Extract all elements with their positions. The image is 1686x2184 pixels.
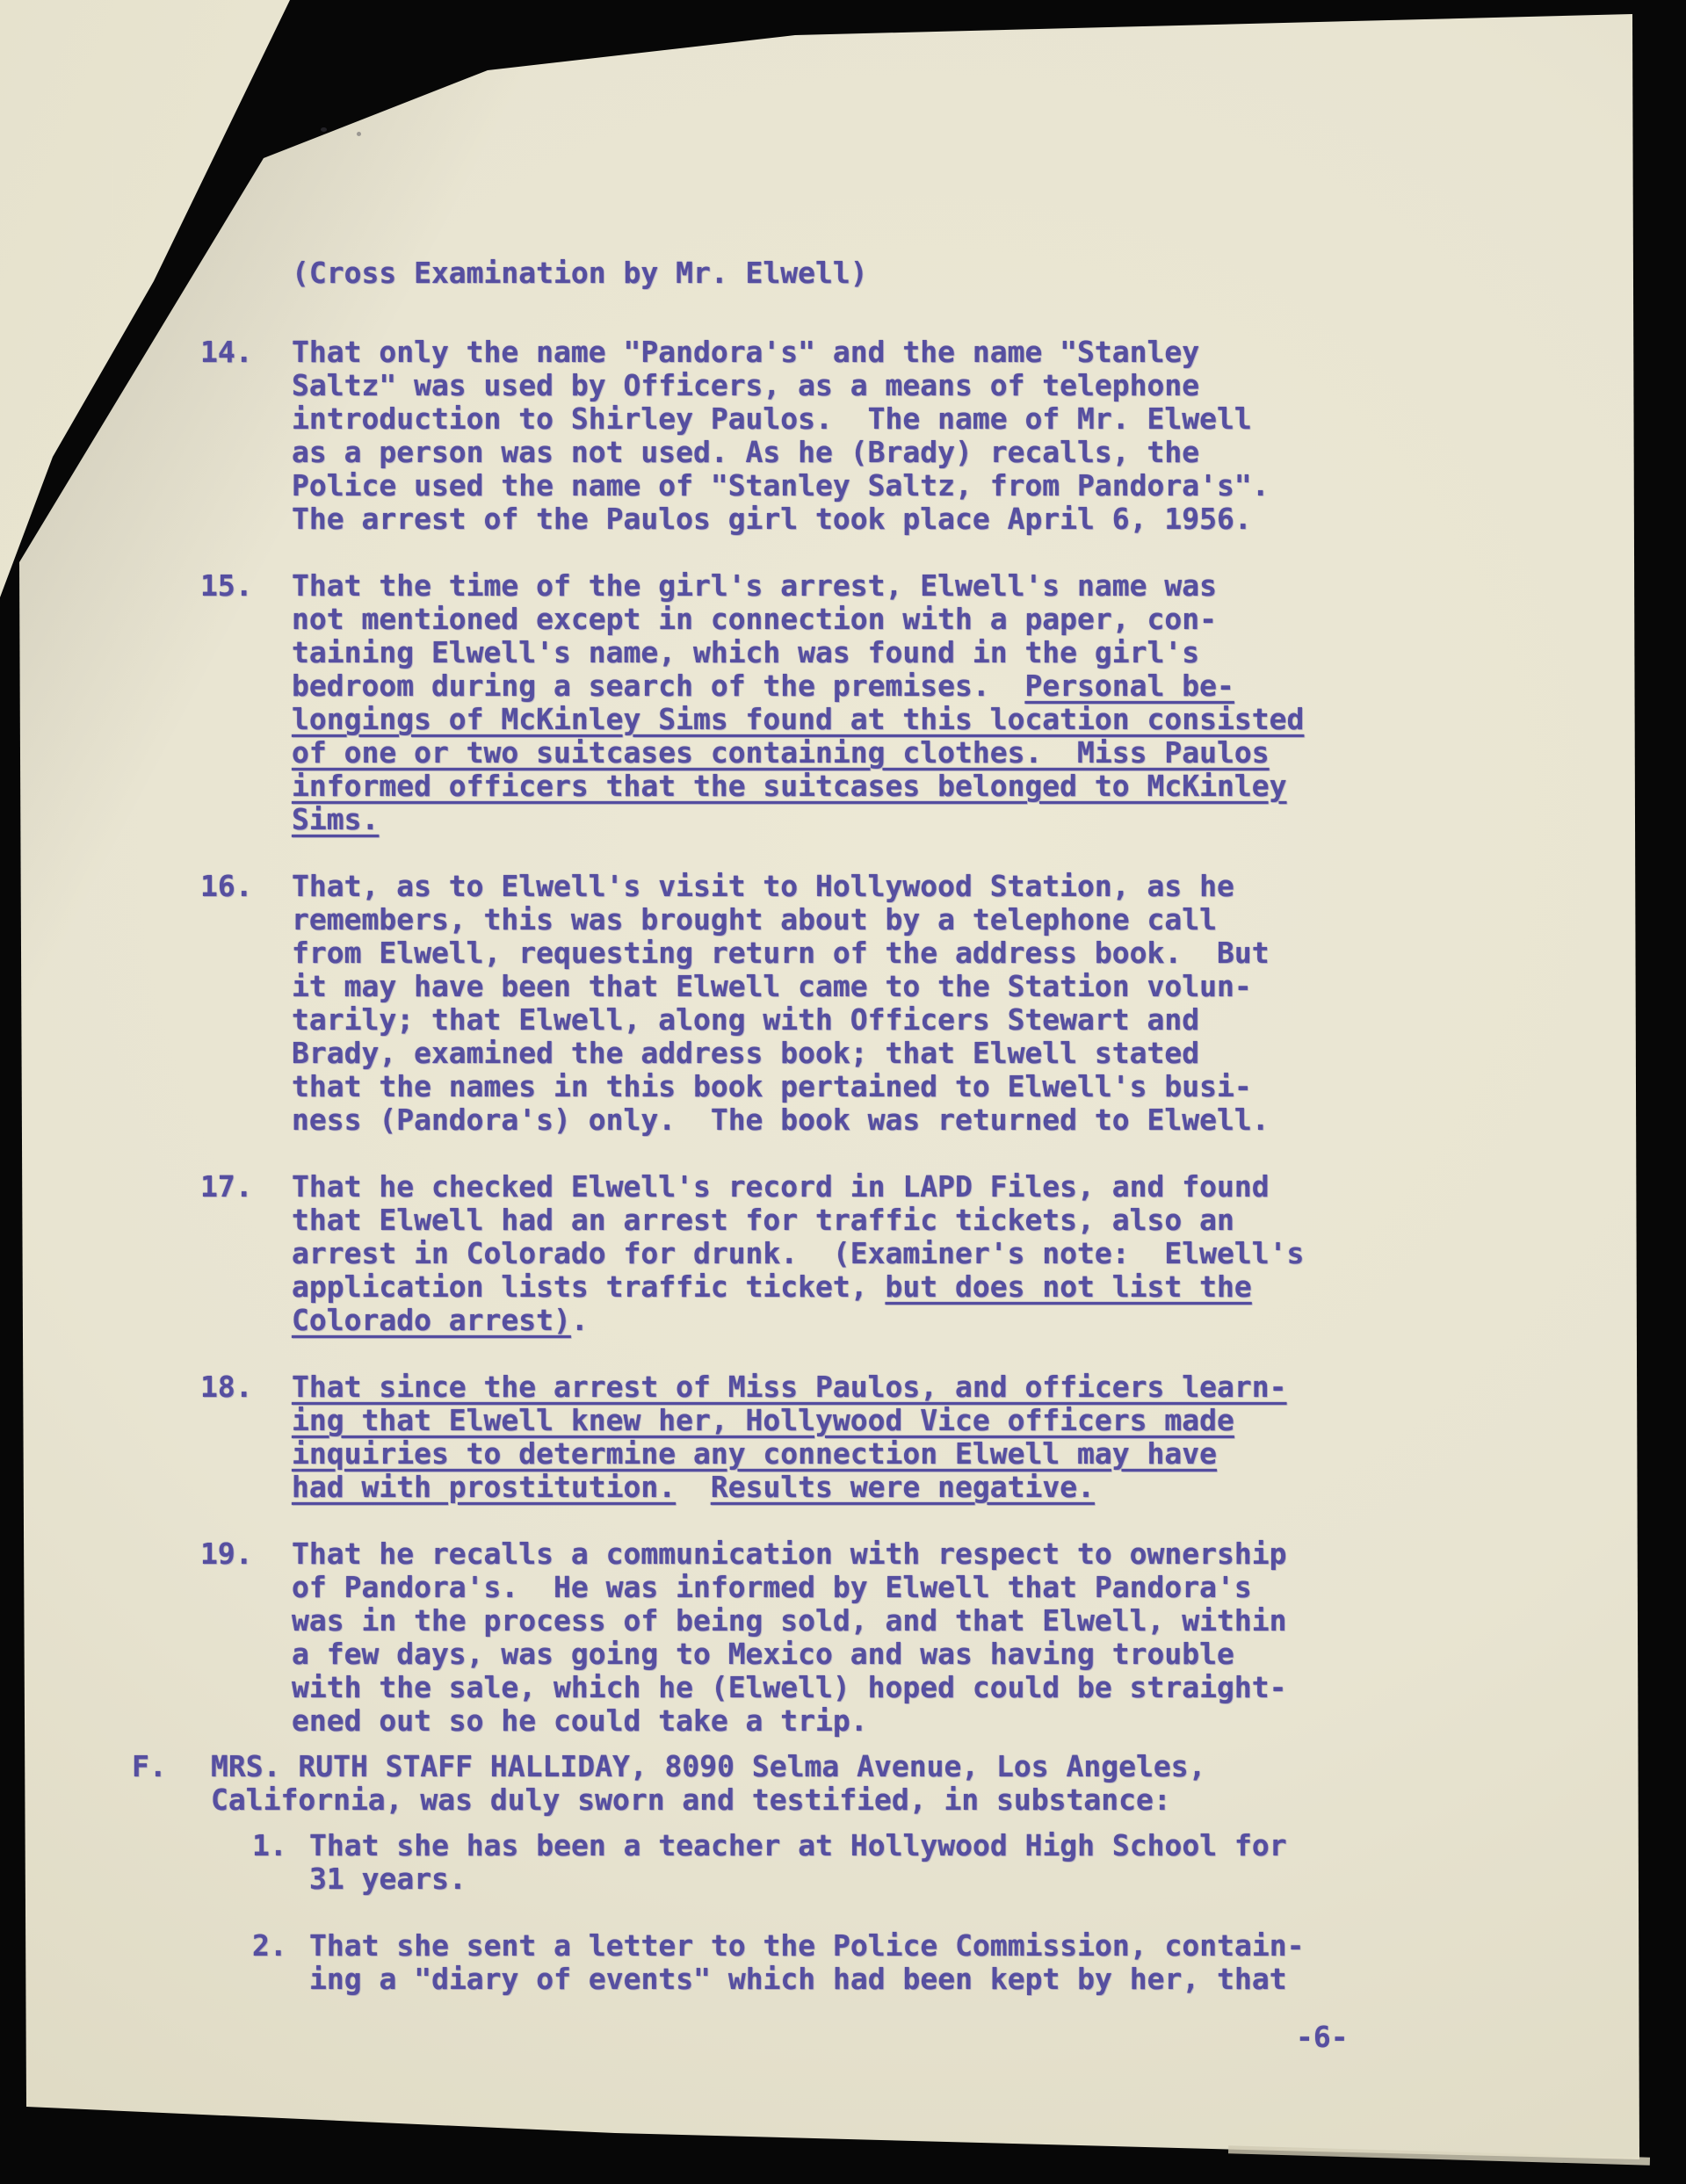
typed-text: 31 years.	[309, 1862, 467, 1896]
typed-text: Brady, examined the address book; that E…	[292, 1036, 1199, 1070]
typed-line: that the names in this book pertained to…	[292, 1070, 1270, 1103]
section-f: F.MRS. RUTH STAFF HALLIDAY, 8090 Selma A…	[200, 1750, 1404, 1996]
typed-line: The arrest of the Paulos girl took place…	[292, 503, 1270, 536]
typed-text: That he checked Elwell's record in LAPD …	[292, 1169, 1270, 1204]
testimony-item: 15.That the time of the girl's arrest, E…	[200, 569, 1404, 836]
underlined-text: informed officers that the suitcases bel…	[292, 769, 1286, 803]
item-number: 15.	[200, 569, 292, 836]
typed-line: That she has been a teacher at Hollywood…	[309, 1829, 1287, 1862]
typed-text: That he recalls a communication with res…	[292, 1537, 1286, 1571]
typed-line: as a person was not used. As he (Brady) …	[292, 436, 1270, 469]
typed-line: tarily; that Elwell, along with Officers…	[292, 1003, 1270, 1037]
typed-line: taining Elwell's name, which was found i…	[292, 636, 1304, 669]
typed-line: with the sale, which he (Elwell) hoped c…	[292, 1671, 1286, 1704]
underlined-text: had with prostitution.	[292, 1470, 676, 1504]
typed-text: That only the name "Pandora's" and the n…	[292, 335, 1199, 369]
typed-text: that the names in this book pertained to…	[292, 1069, 1252, 1103]
typed-text: not mentioned except in connection with …	[292, 602, 1217, 636]
typed-line: California, was duly sworn and testified…	[211, 1783, 1205, 1817]
typed-text: as a person was not used. As he (Brady) …	[292, 435, 1199, 469]
typed-line: That since the arrest of Miss Paulos, an…	[292, 1370, 1286, 1404]
typed-line: of Pandora's. He was informed by Elwell …	[292, 1571, 1286, 1604]
typed-text: ened out so he could take a trip.	[292, 1703, 868, 1738]
testimony-item: 19.That he recalls a communication with …	[200, 1537, 1404, 1738]
testimony-item: 18.That since the arrest of Miss Paulos,…	[200, 1370, 1404, 1504]
typed-text: with the sale, which he (Elwell) hoped c…	[292, 1670, 1286, 1704]
underlined-text: inquiries to determine any connection El…	[292, 1436, 1217, 1471]
item-body: That the time of the girl's arrest, Elwe…	[292, 569, 1304, 836]
typed-text: The arrest of the Paulos girl took place…	[292, 502, 1252, 536]
typed-line: That, as to Elwell's visit to Hollywood …	[292, 870, 1270, 903]
item-number: 2.	[252, 1929, 309, 1996]
typed-text: bedroom during a search of the premises.	[292, 669, 1024, 703]
typed-text: of Pandora's. He was informed by Elwell …	[292, 1570, 1252, 1604]
typed-line: longings of McKinley Sims found at this …	[292, 703, 1304, 736]
typed-text: Saltz" was used by Officers, as a means …	[292, 368, 1199, 402]
typed-text: MRS. RUTH STAFF HALLIDAY, 8090 Selma Ave…	[211, 1749, 1205, 1783]
underlined-text: Results were negative.	[711, 1470, 1095, 1504]
scanned-document: (Cross Examination by Mr. Elwell) 14.Tha…	[0, 0, 1686, 2184]
typed-text: That she sent a letter to the Police Com…	[309, 1928, 1304, 1963]
cross-examination-heading: (Cross Examination by Mr. Elwell)	[292, 257, 1404, 290]
typed-line: ness (Pandora's) only. The book was retu…	[292, 1103, 1270, 1137]
typed-text: tarily; that Elwell, along with Officers…	[292, 1002, 1199, 1037]
typed-line: informed officers that the suitcases bel…	[292, 770, 1304, 803]
testimony-item: 2.That she sent a letter to the Police C…	[252, 1929, 1404, 1996]
typed-text: application lists traffic ticket,	[292, 1269, 886, 1304]
item-body: That only the name "Pandora's" and the n…	[292, 336, 1270, 536]
typed-line: bedroom during a search of the premises.…	[292, 669, 1304, 703]
typed-text: was in the process of being sold, and th…	[292, 1603, 1286, 1638]
typed-line: was in the process of being sold, and th…	[292, 1604, 1286, 1638]
typed-line: ened out so he could take a trip.	[292, 1704, 1286, 1738]
typed-text: That she has been a teacher at Hollywood…	[309, 1828, 1287, 1862]
typed-line: that Elwell had an arrest for traffic ti…	[292, 1204, 1304, 1237]
typed-line: Brady, examined the address book; that E…	[292, 1037, 1270, 1070]
typed-text: That the time of the girl's arrest, Elwe…	[292, 568, 1217, 603]
underlined-text: Personal be-	[1024, 669, 1234, 703]
item-number: 14.	[200, 336, 292, 536]
underlined-text: longings of McKinley Sims found at this …	[292, 702, 1304, 736]
item-body: That, as to Elwell's visit to Hollywood …	[292, 870, 1270, 1137]
typed-line: Saltz" was used by Officers, as a means …	[292, 369, 1270, 402]
typed-line: That he checked Elwell's record in LAPD …	[292, 1170, 1304, 1204]
testimony-item: 16.That, as to Elwell's visit to Hollywo…	[200, 870, 1404, 1137]
typed-text: introduction to Shirley Paulos. The name…	[292, 401, 1252, 436]
typed-line: arrest in Colorado for drunk. (Examiner'…	[292, 1237, 1304, 1270]
typed-line: a few days, was going to Mexico and was …	[292, 1638, 1286, 1671]
typed-text: California, was duly sworn and testified…	[211, 1783, 1171, 1817]
item-body: That she sent a letter to the Police Com…	[309, 1929, 1304, 1996]
typed-text: taining Elwell's name, which was found i…	[292, 635, 1199, 669]
typed-line: remembers, this was brought about by a t…	[292, 903, 1270, 937]
typed-line: of one or two suitcases containing cloth…	[292, 736, 1304, 770]
underlined-text: but does not list the	[886, 1269, 1252, 1304]
typed-content: (Cross Examination by Mr. Elwell) 14.Tha…	[200, 257, 1404, 2029]
typed-text: ing a "diary of events" which had been k…	[309, 1962, 1287, 1996]
typed-line: Sims.	[292, 803, 1304, 836]
typed-text: a few days, was going to Mexico and was …	[292, 1637, 1234, 1671]
underlined-text: ing that Elwell knew her, Hollywood Vice…	[292, 1403, 1234, 1437]
typed-text: from Elwell, requesting return of the ad…	[292, 936, 1270, 970]
paper-speck	[321, 127, 327, 132]
testimony-item: 1.That she has been a teacher at Hollywo…	[252, 1829, 1404, 1896]
typed-text: it may have been that Elwell came to the…	[292, 969, 1252, 1003]
typed-text: That, as to Elwell's visit to Hollywood …	[292, 869, 1234, 903]
testimony-item: 14.That only the name "Pandora's" and th…	[200, 336, 1404, 536]
typed-line: had with prostitution. Results were nega…	[292, 1471, 1286, 1504]
item-number: 1.	[252, 1829, 309, 1896]
typed-text	[676, 1470, 711, 1504]
typed-line: inquiries to determine any connection El…	[292, 1437, 1286, 1471]
item-body: That she has been a teacher at Hollywood…	[309, 1829, 1287, 1896]
paper-speck	[357, 132, 361, 136]
typed-line: Police used the name of "Stanley Saltz, …	[292, 469, 1270, 503]
typed-text: that Elwell had an arrest for traffic ti…	[292, 1203, 1234, 1237]
typed-line: That the time of the girl's arrest, Elwe…	[292, 569, 1304, 603]
typed-line: not mentioned except in connection with …	[292, 603, 1304, 636]
item-body: That since the arrest of Miss Paulos, an…	[292, 1370, 1286, 1504]
testimony-item: 17.That he checked Elwell's record in LA…	[200, 1170, 1404, 1337]
underlined-text: That since the arrest of Miss Paulos, an…	[292, 1370, 1286, 1404]
section-f-items: 1.That she has been a teacher at Hollywo…	[252, 1829, 1404, 1996]
typed-line: ing that Elwell knew her, Hollywood Vice…	[292, 1404, 1286, 1437]
item-number: 16.	[200, 870, 292, 1137]
typed-line: Colorado arrest).	[292, 1304, 1304, 1337]
testimony-items: 14.That only the name "Pandora's" and th…	[200, 336, 1404, 1738]
item-number: 18.	[200, 1370, 292, 1504]
underlined-text: Colorado arrest)	[292, 1303, 571, 1337]
section-label: F.	[132, 1750, 211, 1817]
typed-line: application lists traffic ticket, but do…	[292, 1270, 1304, 1304]
typed-line: 31 years.	[309, 1862, 1287, 1896]
typed-line: That only the name "Pandora's" and the n…	[292, 336, 1270, 369]
typed-text: Police used the name of "Stanley Saltz, …	[292, 468, 1270, 503]
typed-text: arrest in Colorado for drunk. (Examiner'…	[292, 1236, 1304, 1270]
underlined-text: of one or two suitcases containing cloth…	[292, 735, 1270, 770]
item-body: That he recalls a communication with res…	[292, 1537, 1286, 1738]
item-body: That he checked Elwell's record in LAPD …	[292, 1170, 1304, 1337]
typed-line: it may have been that Elwell came to the…	[292, 970, 1270, 1003]
item-number: 17.	[200, 1170, 292, 1337]
typed-line: introduction to Shirley Paulos. The name…	[292, 402, 1270, 436]
typed-text: ness (Pandora's) only. The book was retu…	[292, 1103, 1270, 1137]
underlined-text: Sims.	[292, 802, 379, 836]
typed-line: That he recalls a communication with res…	[292, 1537, 1286, 1571]
typed-line: That she sent a letter to the Police Com…	[309, 1929, 1304, 1963]
page-number: -6-	[1296, 2021, 1349, 2054]
typed-line: MRS. RUTH STAFF HALLIDAY, 8090 Selma Ave…	[211, 1750, 1205, 1783]
item-number: 19.	[200, 1537, 292, 1738]
typed-text: .	[571, 1303, 589, 1337]
typed-line: ing a "diary of events" which had been k…	[309, 1963, 1304, 1996]
section-body: MRS. RUTH STAFF HALLIDAY, 8090 Selma Ave…	[211, 1750, 1205, 1817]
section-f-header: F.MRS. RUTH STAFF HALLIDAY, 8090 Selma A…	[132, 1750, 1404, 1817]
typed-line: from Elwell, requesting return of the ad…	[292, 937, 1270, 970]
typed-text: remembers, this was brought about by a t…	[292, 902, 1217, 937]
